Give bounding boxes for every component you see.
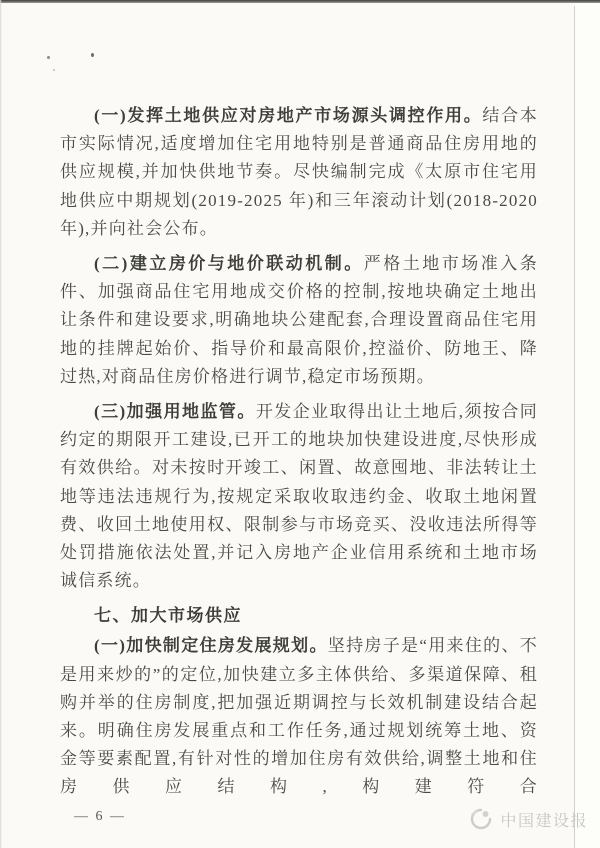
paragraph-lead: (三)加强用地监管。 [94,402,256,421]
paragraph-body: 严格土地市场准入条件、加强商品住宅用地成交价格的控制,按地块确定土地出让条件和建… [60,254,538,386]
paragraph-land-supply: (一)发挥土地供应对房地产市场源头调控作用。结合本市实际情况,适度增加住宅用地特… [60,102,538,243]
watermark: 中国建设报 [468,806,588,832]
paragraph-price-linkage: (二)建立房价与地价联动机制。严格土地市场准入条件、加强商品住宅用地成交价格的控… [60,250,538,391]
section-heading: 七、加大市场供应 [60,602,538,630]
scan-top-edge [0,0,600,3]
scan-right-strip [575,3,600,848]
paragraph-lead: (二)建立房价与地价联动机制。 [94,254,364,273]
scan-speck [53,69,55,71]
newspaper-logo-icon [468,806,494,832]
paragraph-body: 坚持房子是“用来住的、不是用来炒的”的定位,加快建立多主体供给、多渠道保障、租购… [60,636,538,796]
paragraph-lead: (一)发挥土地供应对房地产市场源头调控作用。 [94,106,482,125]
scanned-document-page: (一)发挥土地供应对房地产市场源头调控作用。结合本市实际情况,适度增加住宅用地特… [0,0,600,848]
document-content: (一)发挥土地供应对房地产市场源头调控作用。结合本市实际情况,适度增加住宅用地特… [60,102,538,825]
paragraph-body: 开发企业取得出让土地后,须按合同约定的期限开工建设,已开工的地块加快建设进度,尽… [60,402,538,590]
paragraph-housing-plan: (一)加快制定住房发展规划。坚持房子是“用来住的、不是用来炒的”的定位,加快建立… [60,632,538,801]
scan-speck [91,53,94,57]
paragraph-body: 结合本市实际情况,适度增加住宅用地特别是普通商品住房用地的供应规模,并加快供地节… [60,106,538,238]
paragraph-land-supervision: (三)加强用地监管。开发企业取得出让土地后,须按合同约定的期限开工建设,已开工的… [60,398,538,595]
scan-speck [47,56,50,59]
watermark-text: 中国建设报 [500,808,588,831]
paragraph-lead: (一)加快制定住房发展规划。 [94,636,328,655]
scan-fold-line [574,6,575,848]
scan-left-edge [0,0,2,848]
page-number: — 6 — [60,809,538,825]
